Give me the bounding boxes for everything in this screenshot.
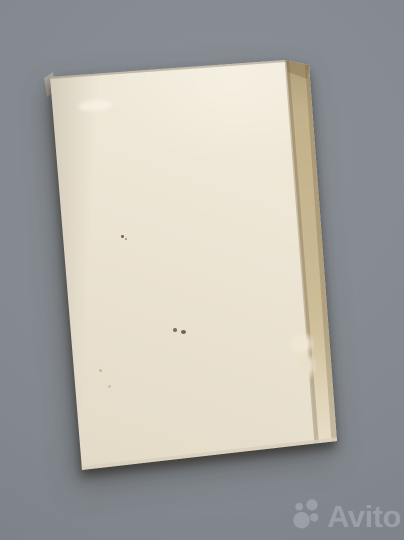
photo-background: Avito — [0, 0, 404, 540]
stain-speck — [181, 330, 186, 334]
stain-speck — [99, 369, 102, 372]
stain-speck — [108, 385, 111, 388]
avito-watermark: Avito — [291, 496, 401, 532]
book-photo — [0, 0, 404, 540]
avito-logo-icon — [291, 496, 324, 530]
worn-patch — [292, 350, 317, 382]
avito-watermark-text: Avito — [327, 501, 401, 532]
stain-speck — [125, 238, 127, 240]
stain-speck — [173, 328, 177, 332]
stain-speck — [121, 235, 124, 238]
cover-bottom-shade-overlay — [0, 0, 404, 540]
book-back-cover — [0, 0, 404, 540]
